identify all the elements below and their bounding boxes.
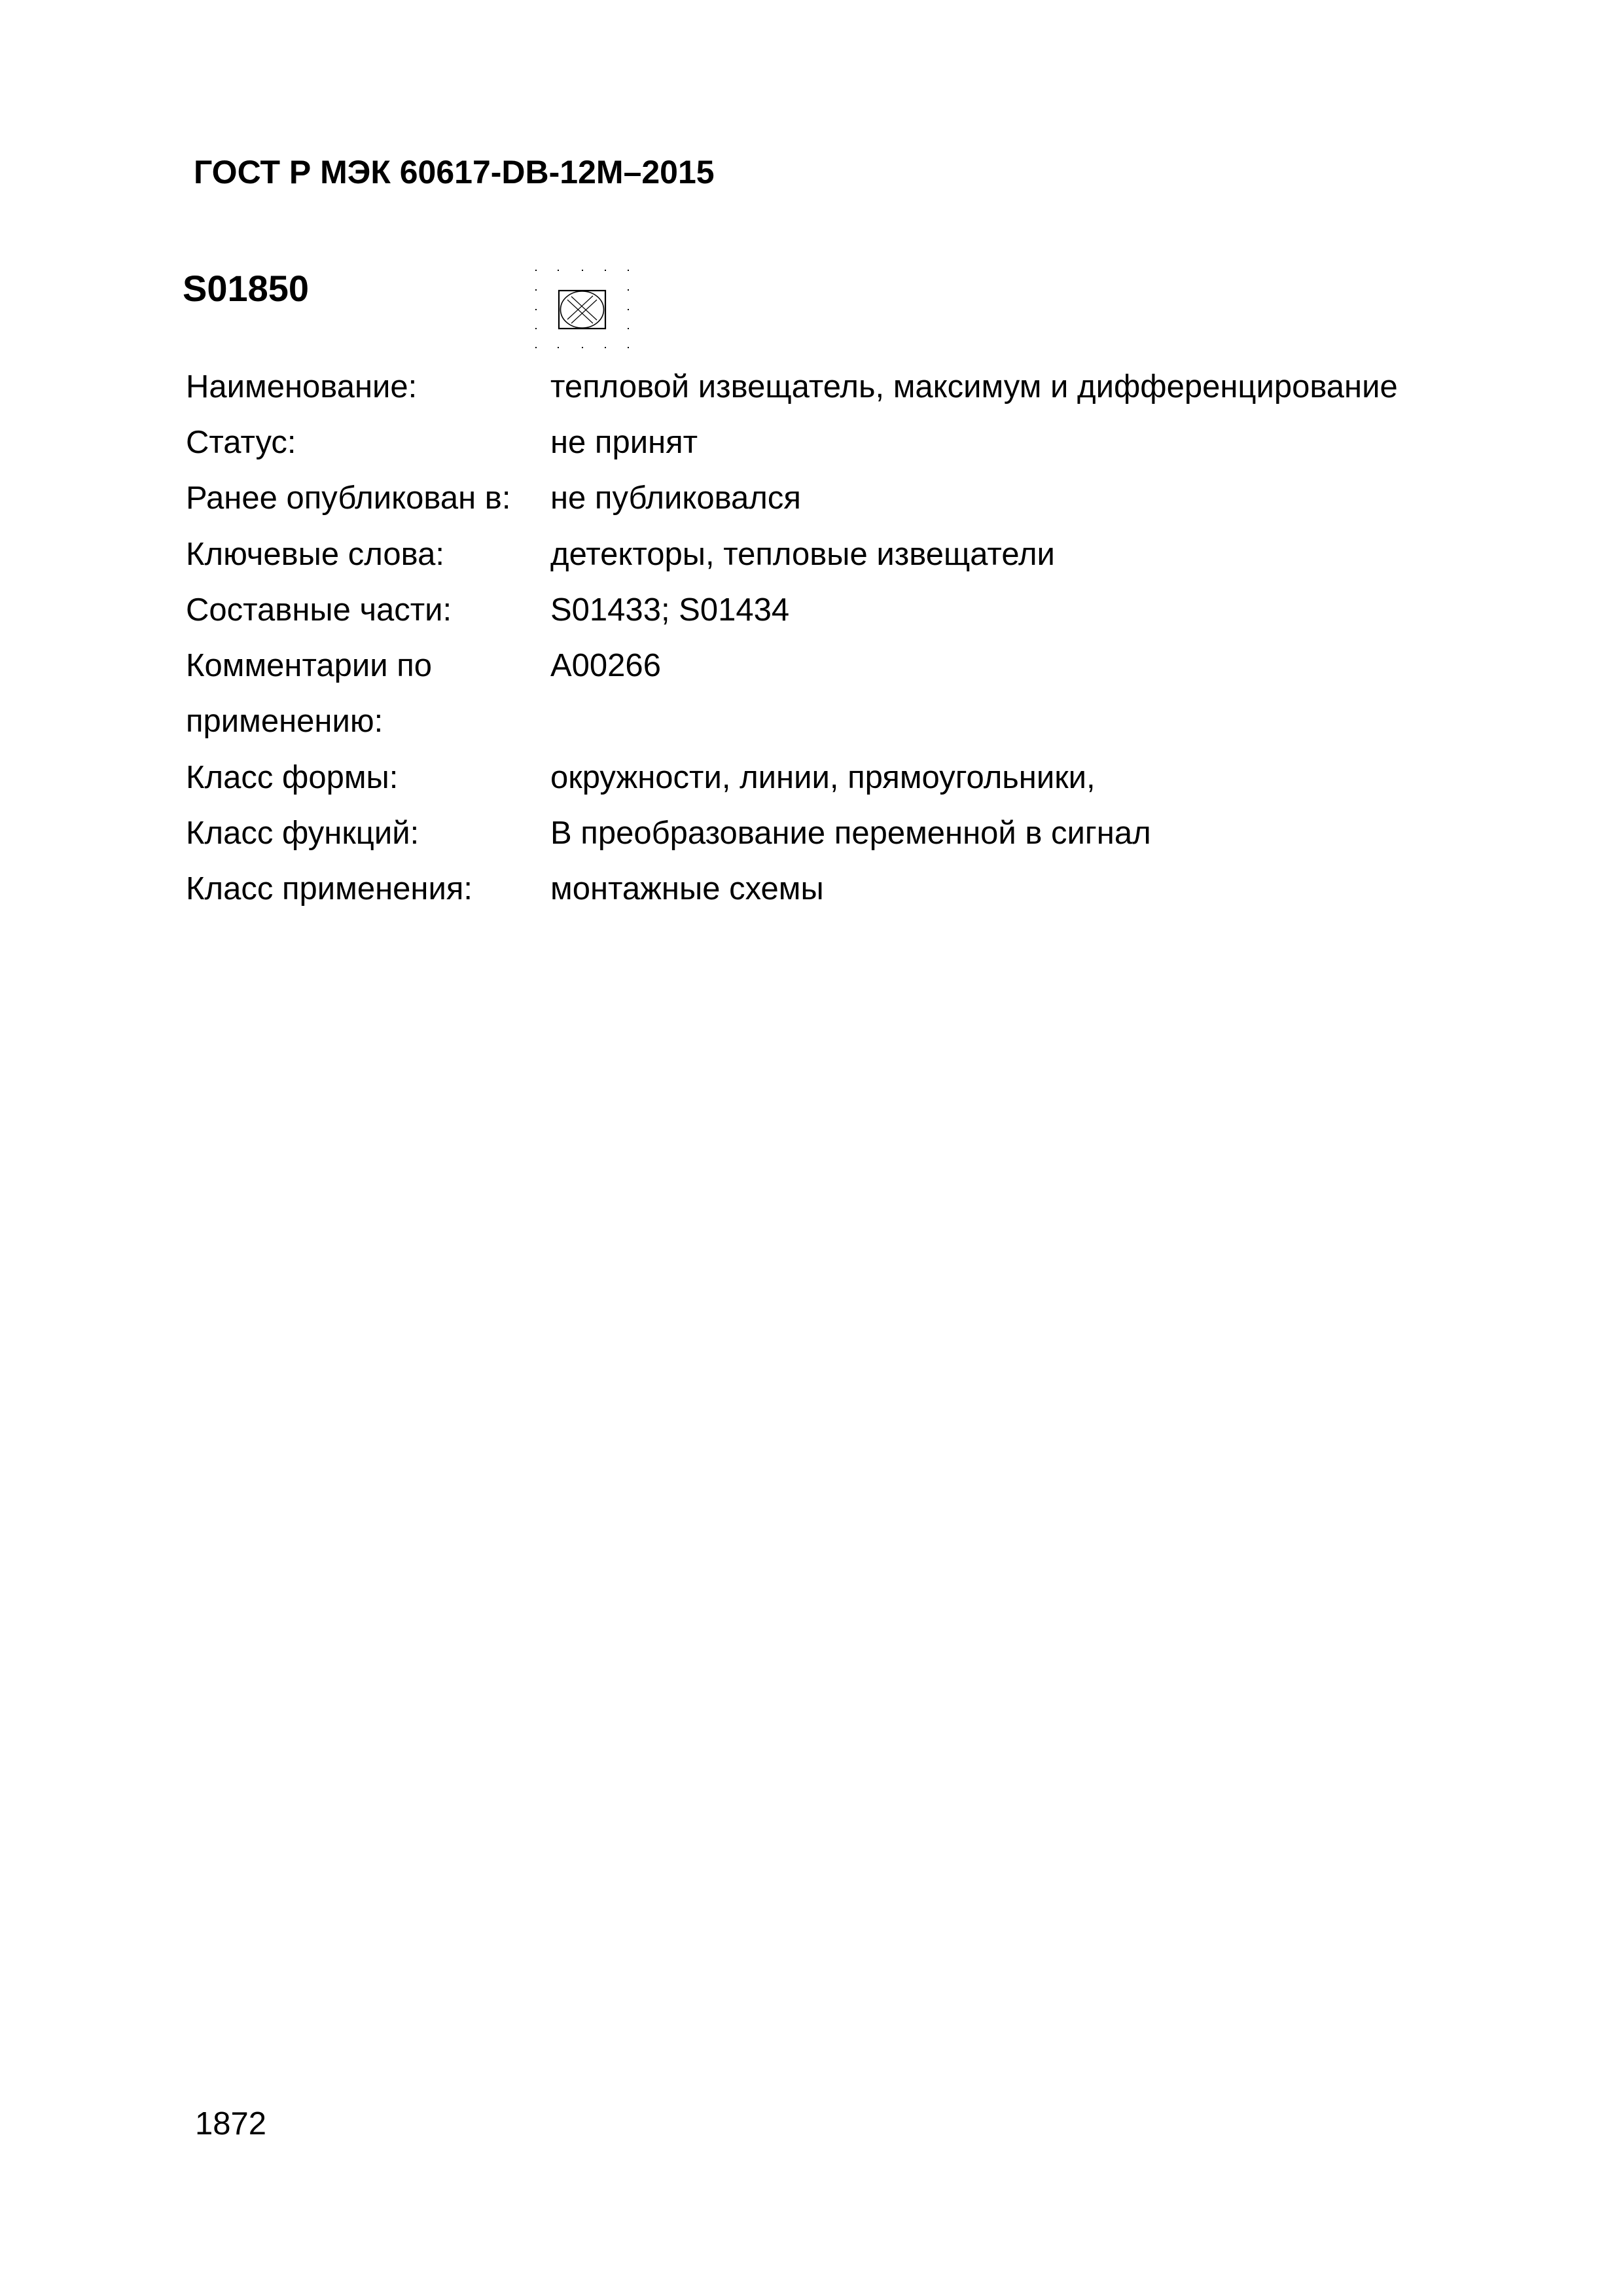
heat-detector-symbol-icon <box>531 266 633 352</box>
field-label-function-class: Класс функций: <box>186 817 419 850</box>
document-header: ГОСТ Р МЭК 60617-DB-12M–2015 <box>194 156 715 188</box>
field-label-application-class: Класс применения: <box>186 873 473 905</box>
field-label-previously-published: Ранее опубликован в: <box>186 482 510 514</box>
field-value-name: тепловой извещатель, максимум и дифферен… <box>550 371 1398 403</box>
field-value-previously-published: не публиковался <box>550 482 801 514</box>
field-label-shape-class: Класс формы: <box>186 762 398 794</box>
field-label-application-notes-cont: применению: <box>186 706 383 738</box>
field-value-application-notes: A00266 <box>550 650 661 682</box>
field-value-function-class: В преобразование переменной в сигнал <box>550 817 1151 850</box>
field-value-application-class: монтажные схемы <box>550 873 824 905</box>
page-number: 1872 <box>195 2108 266 2140</box>
field-label-status: Статус: <box>186 427 296 459</box>
field-value-status: не принят <box>550 427 698 459</box>
field-label-components: Составные части: <box>186 594 452 626</box>
entry-id: S01850 <box>183 270 309 307</box>
field-label-application-notes: Комментарии по <box>186 650 432 682</box>
field-value-keywords: детекторы, тепловые извещатели <box>550 539 1055 571</box>
field-value-shape-class: окружности, линии, прямоугольники, <box>550 762 1096 794</box>
field-value-components: S01433; S01434 <box>550 594 789 626</box>
field-label-keywords: Ключевые слова: <box>186 539 444 571</box>
field-label-name: Наименование: <box>186 371 417 403</box>
